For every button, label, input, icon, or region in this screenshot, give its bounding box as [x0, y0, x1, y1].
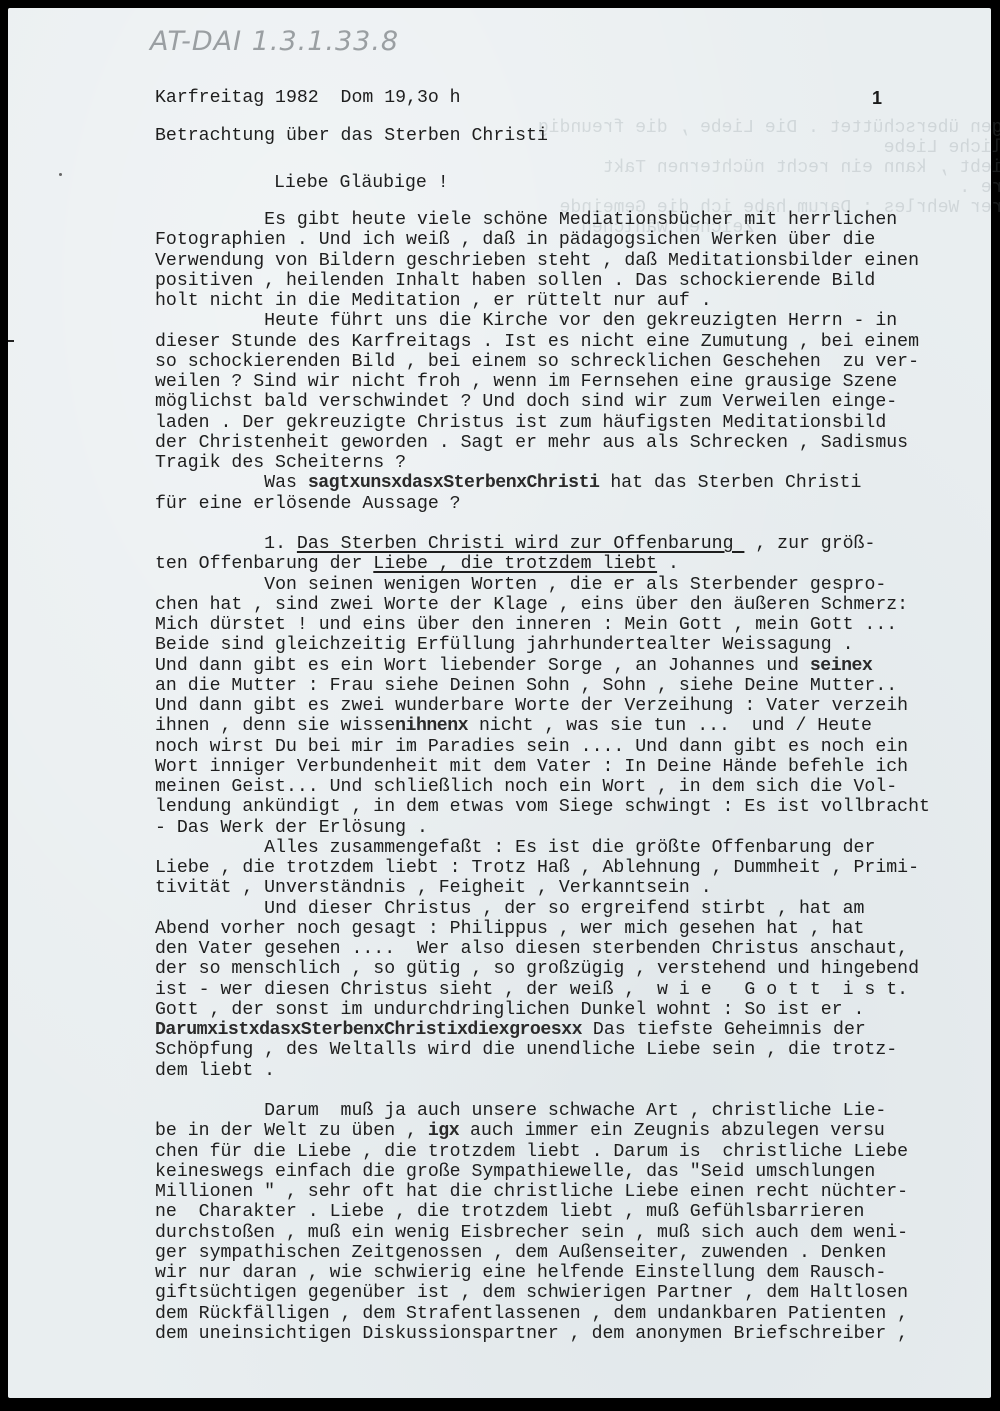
text-line: 1. Das Sterben Christi wird zur Offenbar… — [155, 534, 930, 554]
line-text: Gott , der sonst im undurchdringlichen D… — [155, 1000, 864, 1020]
line-text: für eine erlösende Aussage ? — [155, 494, 461, 514]
struck-out-text: sagtxunsxdasxSterbenxChristi — [308, 473, 600, 493]
line-text: holt nicht in die Meditation , er rüttel… — [155, 291, 712, 311]
text-line: Und dieser Christus , der so ergreifend … — [155, 899, 930, 919]
text-line: Gott , der sonst im undurchdringlichen D… — [155, 1000, 930, 1020]
line-text: Fotographien . Und ich weiß , daß in päd… — [155, 230, 875, 250]
line-prefix: Und dann gibt es ein Wort liebender Sorg… — [155, 656, 810, 676]
text-line: durchstoßen , muß ein wenig Eisbrecher s… — [155, 1223, 930, 1243]
line-prefix: 1. — [264, 534, 297, 554]
underlined-heading: Liebe , die trotzdem liebt — [373, 554, 657, 574]
line-text: Beide sind gleichzeitig Erfüllung jahrhu… — [155, 635, 854, 655]
line-text: ist - wer diesen Christus sieht , der we… — [155, 980, 908, 1000]
line-text: Abend vorher noch gesagt : Philippus , w… — [155, 919, 864, 939]
line-text: Heute führt uns die Kirche vor den gekre… — [264, 311, 897, 331]
text-line: Schöpfung , des Weltalls wird die unendl… — [155, 1040, 930, 1060]
text-line: Millionen " , sehr oft hat die christlic… — [155, 1182, 930, 1202]
text-line: be in der Welt zu üben , igx auch immer … — [155, 1121, 930, 1141]
text-line — [155, 1081, 930, 1101]
line-text: Von seinen wenigen Worten , die er als S… — [264, 575, 886, 595]
line-text: , zur größ- — [744, 534, 875, 554]
text-line: tivität , Unverständnis , Feigheit , Ver… — [155, 878, 930, 898]
page-number: 1 — [872, 88, 882, 109]
text-line: möglichst bald verschwindet ? Und doch s… — [155, 392, 930, 412]
indent — [155, 473, 264, 493]
underlined-heading: Das Sterben Christi wird zur Offenbarung — [297, 534, 745, 554]
archive-reference: AT-DAI 1.3.1.33.8 — [150, 26, 399, 57]
line-text: Millionen " , sehr oft hat die christlic… — [155, 1182, 908, 1202]
text-line: keineswegs einfach die große Sympathiewe… — [155, 1162, 930, 1182]
text-line: Was sagtxunsxdasxSterbenxChristi hat das… — [155, 473, 930, 493]
text-line: Fotographien . Und ich weiß , daß in päd… — [155, 230, 930, 250]
text-line: der Christenheit geworden . Sagt er mehr… — [155, 433, 930, 453]
text-line: ne Charakter . Liebe , die trotzdem lieb… — [155, 1202, 930, 1222]
line-text: lendung ankündigt , in dem etwas vom Sie… — [155, 797, 930, 817]
line-text: nicht , was sie tun ... und / Heute — [468, 716, 872, 736]
indent — [155, 534, 264, 554]
line-text: chen für die Liebe , die trotzdem liebt … — [155, 1142, 908, 1162]
text-line: den Vater gesehen .... Wer also diesen s… — [155, 939, 930, 959]
text-line: positiven , heilenden Inhalt haben solle… — [155, 271, 930, 291]
text-line: ist - wer diesen Christus sieht , der we… — [155, 980, 930, 1000]
line-text: den Vater gesehen .... Wer also diesen s… — [155, 939, 908, 959]
document-title: Betrachtung über das Sterben Christi — [155, 126, 548, 146]
text-line: der so menschlich , so gütig , so großzü… — [155, 959, 930, 979]
text-line: so schockierenden Bild , bei einem so sc… — [155, 352, 930, 372]
line-text: Mich dürstet ! und eins über den inneren… — [155, 615, 897, 635]
line-text: durchstoßen , muß ein wenig Eisbrecher s… — [155, 1223, 908, 1243]
line-text: Tragik des Scheiterns ? — [155, 453, 406, 473]
document-header: Karfreitag 1982 Dom 19,3o h — [155, 88, 461, 108]
text-line: wir nur daran , wie schwierig eine helfe… — [155, 1263, 930, 1283]
line-text: der so menschlich , so gütig , so großzü… — [155, 959, 919, 979]
document-body: Es gibt heute viele schöne Mediationsbüc… — [155, 210, 930, 1344]
line-text: dem liebt . — [155, 1061, 275, 1081]
text-line: Liebe , die trotzdem liebt : Trotz Haß ,… — [155, 858, 930, 878]
line-text: Darum muß ja auch unsere schwache Art , … — [264, 1101, 886, 1121]
text-line: laden . Der gekreuzigte Christus ist zum… — [155, 413, 930, 433]
salutation: Liebe Gläubige ! — [274, 173, 449, 193]
line-text: chen hat , sind zwei Worte der Klage , e… — [155, 595, 908, 615]
line-text: der Christenheit geworden . Sagt er mehr… — [155, 433, 908, 453]
text-line: DarumxistxdasxSterbenxChristixdiexgroesx… — [155, 1020, 930, 1040]
line-text: ger sympathischen Zeitgenossen , dem Auß… — [155, 1243, 886, 1263]
text-line: dieser Stunde des Karfreitags . Ist es n… — [155, 332, 930, 352]
line-text: positiven , heilenden Inhalt haben solle… — [155, 271, 875, 291]
text-line: lendung ankündigt , in dem etwas vom Sie… — [155, 797, 930, 817]
line-text: ne Charakter . Liebe , die trotzdem lieb… — [155, 1202, 864, 1222]
margin-dash — [8, 340, 14, 342]
text-line: meinen Geist... Und schließlich noch ein… — [155, 777, 930, 797]
line-text: dieser Stunde des Karfreitags . Ist es n… — [155, 332, 919, 352]
text-line: Beide sind gleichzeitig Erfüllung jahrhu… — [155, 635, 930, 655]
indent — [155, 1101, 264, 1121]
margin-dot — [59, 173, 62, 176]
line-text: hat das Sterben Christi — [599, 473, 861, 493]
text-line: Wort inniger Verbundenheit mit dem Vater… — [155, 757, 930, 777]
line-text: an die Mutter : Frau siehe Deinen Sohn ,… — [155, 676, 897, 696]
struck-out-text: DarumxistxdasxSterbenxChristixdiexgroesx… — [155, 1020, 582, 1040]
line-text: Es gibt heute viele schöne Mediationsbüc… — [264, 210, 897, 230]
line-text: Und dieser Christus , der so ergreifend … — [264, 899, 864, 919]
struck-out-text: seinex — [810, 656, 873, 676]
line-text: noch wirst Du bei mir im Paradies sein .… — [155, 737, 908, 757]
indent — [155, 838, 264, 858]
line-text: Wort inniger Verbundenheit mit dem Vater… — [155, 757, 908, 777]
line-text: wir nur daran , wie schwierig eine helfe… — [155, 1263, 886, 1283]
line-text: laden . Der gekreuzigte Christus ist zum… — [155, 413, 886, 433]
text-line: Darum muß ja auch unsere schwache Art , … — [155, 1101, 930, 1121]
struck-out-text: igx — [428, 1121, 459, 1141]
text-line: Es gibt heute viele schöne Mediationsbüc… — [155, 210, 930, 230]
line-text: weilen ? Sind wir nicht froh , wenn im F… — [155, 372, 897, 392]
text-line: an die Mutter : Frau siehe Deinen Sohn ,… — [155, 676, 930, 696]
text-line: Mich dürstet ! und eins über den inneren… — [155, 615, 930, 635]
text-line: noch wirst Du bei mir im Paradies sein .… — [155, 737, 930, 757]
line-text: meinen Geist... Und schließlich noch ein… — [155, 777, 897, 797]
line-prefix: Was — [264, 473, 308, 493]
text-line: Heute führt uns die Kirche vor den gekre… — [155, 311, 930, 331]
line-text: dem Rückfälligen , dem Strafentlassenen … — [155, 1304, 908, 1324]
text-line: - Das Werk der Erlösung . — [155, 818, 930, 838]
text-line: Und dann gibt es zwei wunderbare Worte d… — [155, 696, 930, 716]
text-line: dem Rückfälligen , dem Strafentlassenen … — [155, 1304, 930, 1324]
line-text: Alles zusammengefaßt : Es ist die größte… — [264, 838, 875, 858]
line-prefix: ihnen , denn sie wisse — [155, 716, 395, 736]
text-line: Abend vorher noch gesagt : Philippus , w… — [155, 919, 930, 939]
line-text: Verwendung von Bildern geschrieben steht… — [155, 251, 919, 271]
text-line: für eine erlösende Aussage ? — [155, 494, 930, 514]
line-prefix: ten Offenbarung der — [155, 554, 373, 574]
text-line: dem liebt . — [155, 1061, 930, 1081]
line-text: giftsüchtigen gegenüber ist , dem schwie… — [155, 1283, 908, 1303]
indent — [155, 575, 264, 595]
line-text: auch immer ein Zeugnis abzulegen versu — [459, 1121, 885, 1141]
line-text: möglichst bald verschwindet ? Und doch s… — [155, 392, 897, 412]
text-line: dem uneinsichtigen Diskussionspartner , … — [155, 1324, 930, 1344]
line-text: tivität , Unverständnis , Feigheit , Ver… — [155, 878, 712, 898]
text-line — [155, 514, 930, 534]
line-text: Und dann gibt es zwei wunderbare Worte d… — [155, 696, 908, 716]
struck-out-text: nihnenx — [395, 716, 468, 736]
line-prefix: be in der Welt zu üben , — [155, 1121, 428, 1141]
line-text: Liebe , die trotzdem liebt : Trotz Haß ,… — [155, 858, 919, 878]
line-text: so schockierenden Bild , bei einem so sc… — [155, 352, 919, 372]
line-text: dem uneinsichtigen Diskussionspartner , … — [155, 1324, 908, 1344]
text-line: chen für die Liebe , die trotzdem liebt … — [155, 1142, 930, 1162]
line-text: Schöpfung , des Weltalls wird die unendl… — [155, 1040, 897, 1060]
text-line: chen hat , sind zwei Worte der Klage , e… — [155, 595, 930, 615]
text-line: Verwendung von Bildern geschrieben steht… — [155, 251, 930, 271]
line-text: . — [657, 554, 679, 574]
indent — [155, 311, 264, 331]
text-line: giftsüchtigen gegenüber ist , dem schwie… — [155, 1283, 930, 1303]
indent — [155, 210, 264, 230]
line-text: - Das Werk der Erlösung . — [155, 818, 428, 838]
text-line: ger sympathischen Zeitgenossen , dem Auß… — [155, 1243, 930, 1263]
text-line: holt nicht in die Meditation , er rüttel… — [155, 291, 930, 311]
text-line: Und dann gibt es ein Wort liebender Sorg… — [155, 656, 930, 676]
line-text: keineswegs einfach die große Sympathiewe… — [155, 1162, 875, 1182]
text-line: weilen ? Sind wir nicht froh , wenn im F… — [155, 372, 930, 392]
text-line: ihnen , denn sie wissenihnenx nicht , wa… — [155, 716, 930, 736]
text-line: Alles zusammengefaßt : Es ist die größte… — [155, 838, 930, 858]
text-line: ten Offenbarung der Liebe , die trotzdem… — [155, 554, 930, 574]
indent — [155, 899, 264, 919]
line-text: Das tiefste Geheimnis der — [582, 1020, 866, 1040]
text-line: Von seinen wenigen Worten , die er als S… — [155, 575, 930, 595]
text-line: Tragik des Scheiterns ? — [155, 453, 930, 473]
